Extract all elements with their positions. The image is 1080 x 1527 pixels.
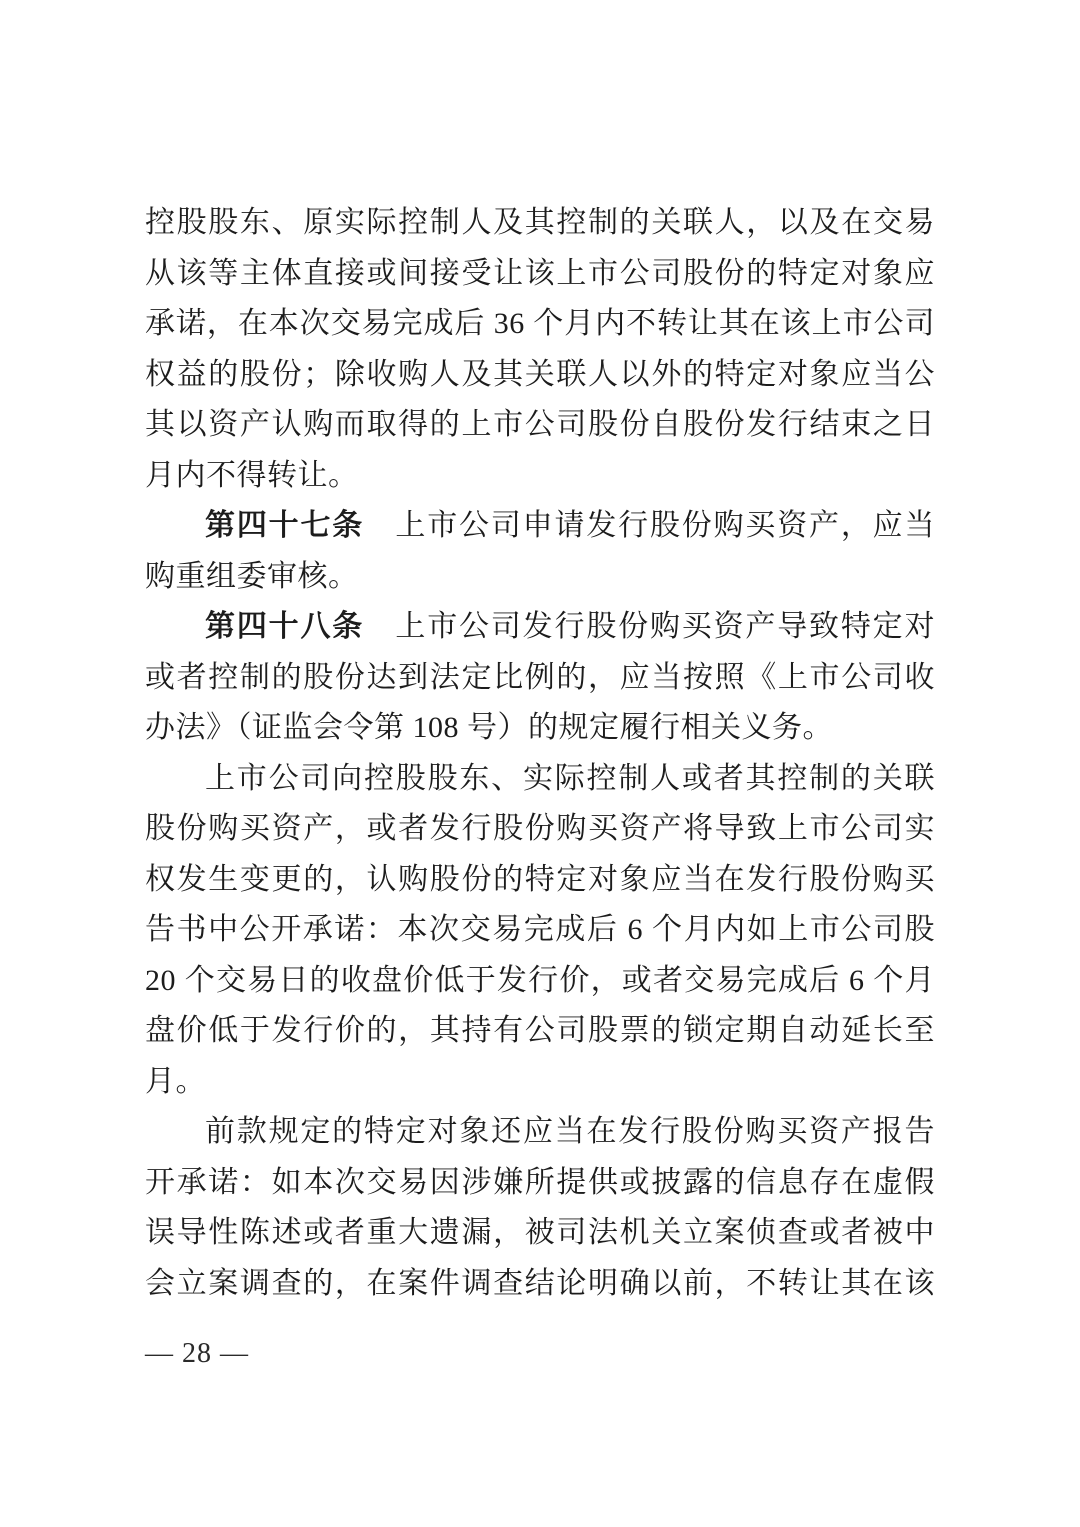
- text-line: 月。: [145, 1057, 935, 1108]
- text-line: 或者控制的股份达到法定比例的，应当按照《上市公司收购管理: [145, 653, 935, 704]
- text-line: 权发生变更的，认购股份的特定对象应当在发行股份购买资产报: [145, 855, 935, 906]
- text-line: 月内不得转让。: [145, 451, 935, 502]
- article-number: 第四十八条: [205, 610, 364, 643]
- document-page: 控股股东、原实际控制人及其控制的关联人，以及在交易过程中从该等主体直接或间接受让…: [0, 0, 1080, 1527]
- text-line: 承诺，在本次交易完成后 36 个月内不转让其在该上市公司中拥有: [145, 299, 935, 350]
- text-line: 盘价低于发行价的，其持有公司股票的锁定期自动延长至少 6 个: [145, 1006, 935, 1057]
- text-line: 控股股东、原实际控制人及其控制的关联人，以及在交易过程中: [145, 198, 935, 249]
- text-line: 股份购买资产，或者发行股份购买资产将导致上市公司实际控制: [145, 804, 935, 855]
- text-line: 购重组委审核。: [145, 552, 935, 603]
- text-line: 会立案调查的，在案件调查结论明确以前，不转让其在该上市公: [145, 1259, 935, 1310]
- article-heading-line: 第四十七条上市公司申请发行股份购买资产，应当提交并: [145, 501, 935, 552]
- page-number: — 28 —: [145, 1338, 249, 1370]
- text-line: 开承诺：如本次交易因涉嫌所提供或披露的信息存在虚假记载、: [145, 1158, 935, 1209]
- text-line: 办法》（证监会令第 108 号）的规定履行相关义务。: [145, 703, 935, 754]
- text-line: 从该等主体直接或间接受让该上市公司股份的特定对象应当公开: [145, 249, 935, 300]
- text-line: 权益的股份；除收购人及其关联人以外的特定对象应当公开承诺，: [145, 350, 935, 401]
- text-line: 其以资产认购而取得的上市公司股份自股份发行结束之日起 24 个: [145, 400, 935, 451]
- text-line: 20 个交易日的收盘价低于发行价，或者交易完成后 6 个月期末收: [145, 956, 935, 1007]
- text-line: 告书中公开承诺：本次交易完成后 6 个月内如上市公司股票连续: [145, 905, 935, 956]
- article-number: 第四十七条: [205, 509, 364, 542]
- document-lines: 控股股东、原实际控制人及其控制的关联人，以及在交易过程中从该等主体直接或间接受让…: [145, 198, 935, 1309]
- text-line: 前款规定的特定对象还应当在发行股份购买资产报告书中公: [145, 1107, 935, 1158]
- article-heading-line: 第四十八条上市公司发行股份购买资产导致特定对象持有: [145, 602, 935, 653]
- text-line: 上市公司向控股股东、实际控制人或者其控制的关联人发行: [145, 754, 935, 805]
- text-line: 误导性陈述或者重大遗漏，被司法机关立案侦查或者被中国证监: [145, 1208, 935, 1259]
